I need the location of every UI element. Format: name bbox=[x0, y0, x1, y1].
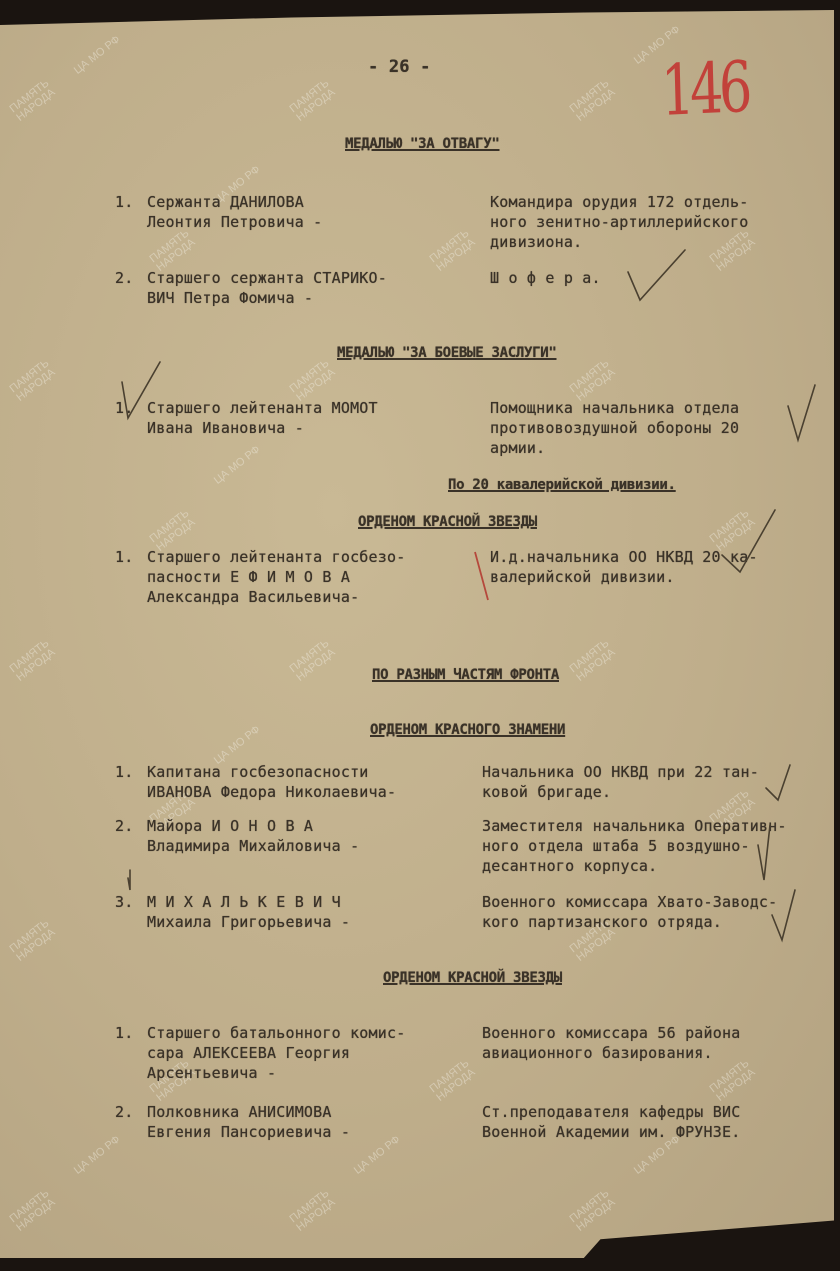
entry-position: Командира орудия 172 отдель-ного зенитно… bbox=[490, 192, 748, 252]
document-page: ЦА МО РФ ПАМЯТЬНАРОДА ПАМЯТЬНАРОДА ПАМЯТ… bbox=[0, 10, 834, 1258]
watermark-archive: ЦА МО РФ bbox=[212, 724, 262, 766]
watermark-archive: ЦА МО РФ bbox=[72, 34, 122, 76]
entry-number: 1. bbox=[115, 192, 133, 212]
handwritten-archive-number: 146 bbox=[660, 46, 749, 132]
watermark-project: ПАМЯТЬНАРОДА bbox=[428, 1058, 478, 1104]
entry-position: Помощника начальника отделапротивовоздуш… bbox=[490, 398, 739, 458]
entry-name: М И Х А Л Ь К Е В И ЧМихаила Григорьевич… bbox=[147, 892, 350, 932]
watermark-project: ПАМЯТЬНАРОДА bbox=[708, 1058, 758, 1104]
watermark-archive: ЦА МО РФ bbox=[72, 1134, 122, 1176]
section-heading: ОРДЕНОМ КРАСНОГО ЗНАМЕНИ bbox=[370, 720, 565, 740]
watermark-project: ПАМЯТЬНАРОДА bbox=[568, 78, 618, 124]
watermark-project: ПАМЯТЬНАРОДА bbox=[8, 1188, 58, 1234]
group-heading: ПО РАЗНЫМ ЧАСТЯМ ФРОНТА bbox=[372, 665, 559, 685]
entry-name: Старшего лейтенанта МОМОТИвана Ивановича… bbox=[147, 398, 378, 438]
entry-position: И.д.начальника ОО НКВД 20 ка-валерийской… bbox=[490, 547, 758, 587]
section-heading: МЕДАЛЬЮ "ЗА БОЕВЫЕ ЗАСЛУГИ" bbox=[337, 343, 556, 363]
section-heading: ОРДЕНОМ КРАСНОЙ ЗВЕЗДЫ bbox=[383, 968, 562, 988]
watermark-project: ПАМЯТЬНАРОДА bbox=[568, 1188, 618, 1234]
watermark-project: ПАМЯТЬНАРОДА bbox=[8, 918, 58, 964]
entry-number: 3. bbox=[115, 892, 133, 912]
watermark-project: ПАМЯТЬНАРОДА bbox=[8, 78, 58, 124]
entry-name: Майора И О Н О В АВладимира Михайловича … bbox=[147, 816, 359, 856]
entry-position: Ст.преподавателя кафедры ВИСВоенной Акад… bbox=[482, 1102, 740, 1142]
watermark-project: ПАМЯТЬНАРОДА bbox=[8, 358, 58, 404]
entry-number: 1. bbox=[115, 547, 133, 567]
entry-position: Начальника ОО НКВД при 22 тан-ковой бриг… bbox=[482, 762, 759, 802]
entry-name: Старшего лейтенанта госбезо-пасности Е Ф… bbox=[147, 547, 405, 607]
entry-name: Старшего батальонного комис-сара АЛЕКСЕЕ… bbox=[147, 1023, 405, 1083]
entry-name: Старшего сержанта СТАРИКО-ВИЧ Петра Фоми… bbox=[147, 268, 387, 308]
entry-number: 2. bbox=[115, 816, 133, 836]
watermark-archive: ЦА МО РФ bbox=[212, 444, 262, 486]
entry-position: Заместителя начальника Оперативн-ного от… bbox=[482, 816, 787, 876]
watermark-project: ПАМЯТЬНАРОДА bbox=[288, 1188, 338, 1234]
watermark-project: ПАМЯТЬНАРОДА bbox=[428, 228, 478, 274]
entry-name: Капитана госбезопасностиИВАНОВА Федора Н… bbox=[147, 762, 396, 802]
watermark-project: ПАМЯТЬНАРОДА bbox=[288, 638, 338, 684]
entry-number: 1. bbox=[115, 1023, 133, 1043]
entry-position: Ш о ф е р а. bbox=[490, 268, 601, 288]
entry-name: Сержанта ДАНИЛОВАЛеонтия Петровича - bbox=[147, 192, 322, 232]
entry-number: 1. bbox=[115, 398, 133, 418]
watermark-archive: ЦА МО РФ bbox=[352, 1134, 402, 1176]
entry-number: 2. bbox=[115, 268, 133, 288]
page-number: - 26 - bbox=[368, 57, 431, 77]
entry-number: 1. bbox=[115, 762, 133, 782]
entry-position: Военного комиссара Хвато-Заводс-кого пар… bbox=[482, 892, 777, 932]
watermark-project: ПАМЯТЬНАРОДА bbox=[288, 78, 338, 124]
entry-position: Военного комиссара 56 районаавиационного… bbox=[482, 1023, 740, 1063]
entry-number: 2. bbox=[115, 1102, 133, 1122]
entry-name: Полковника АНИСИМОВАЕвгения Пансориевича… bbox=[147, 1102, 350, 1142]
red-pencil-mark bbox=[475, 552, 488, 600]
unit-subheading: По 20 кавалерийской дивизии. bbox=[448, 475, 676, 495]
watermark-project: ПАМЯТЬНАРОДА bbox=[568, 638, 618, 684]
section-heading: ОРДЕНОМ КРАСНОЙ ЗВЕЗДЫ bbox=[358, 512, 537, 532]
section-heading: МЕДАЛЬЮ "ЗА ОТВАГУ" bbox=[345, 134, 499, 154]
watermark-project: ПАМЯТЬНАРОДА bbox=[8, 638, 58, 684]
